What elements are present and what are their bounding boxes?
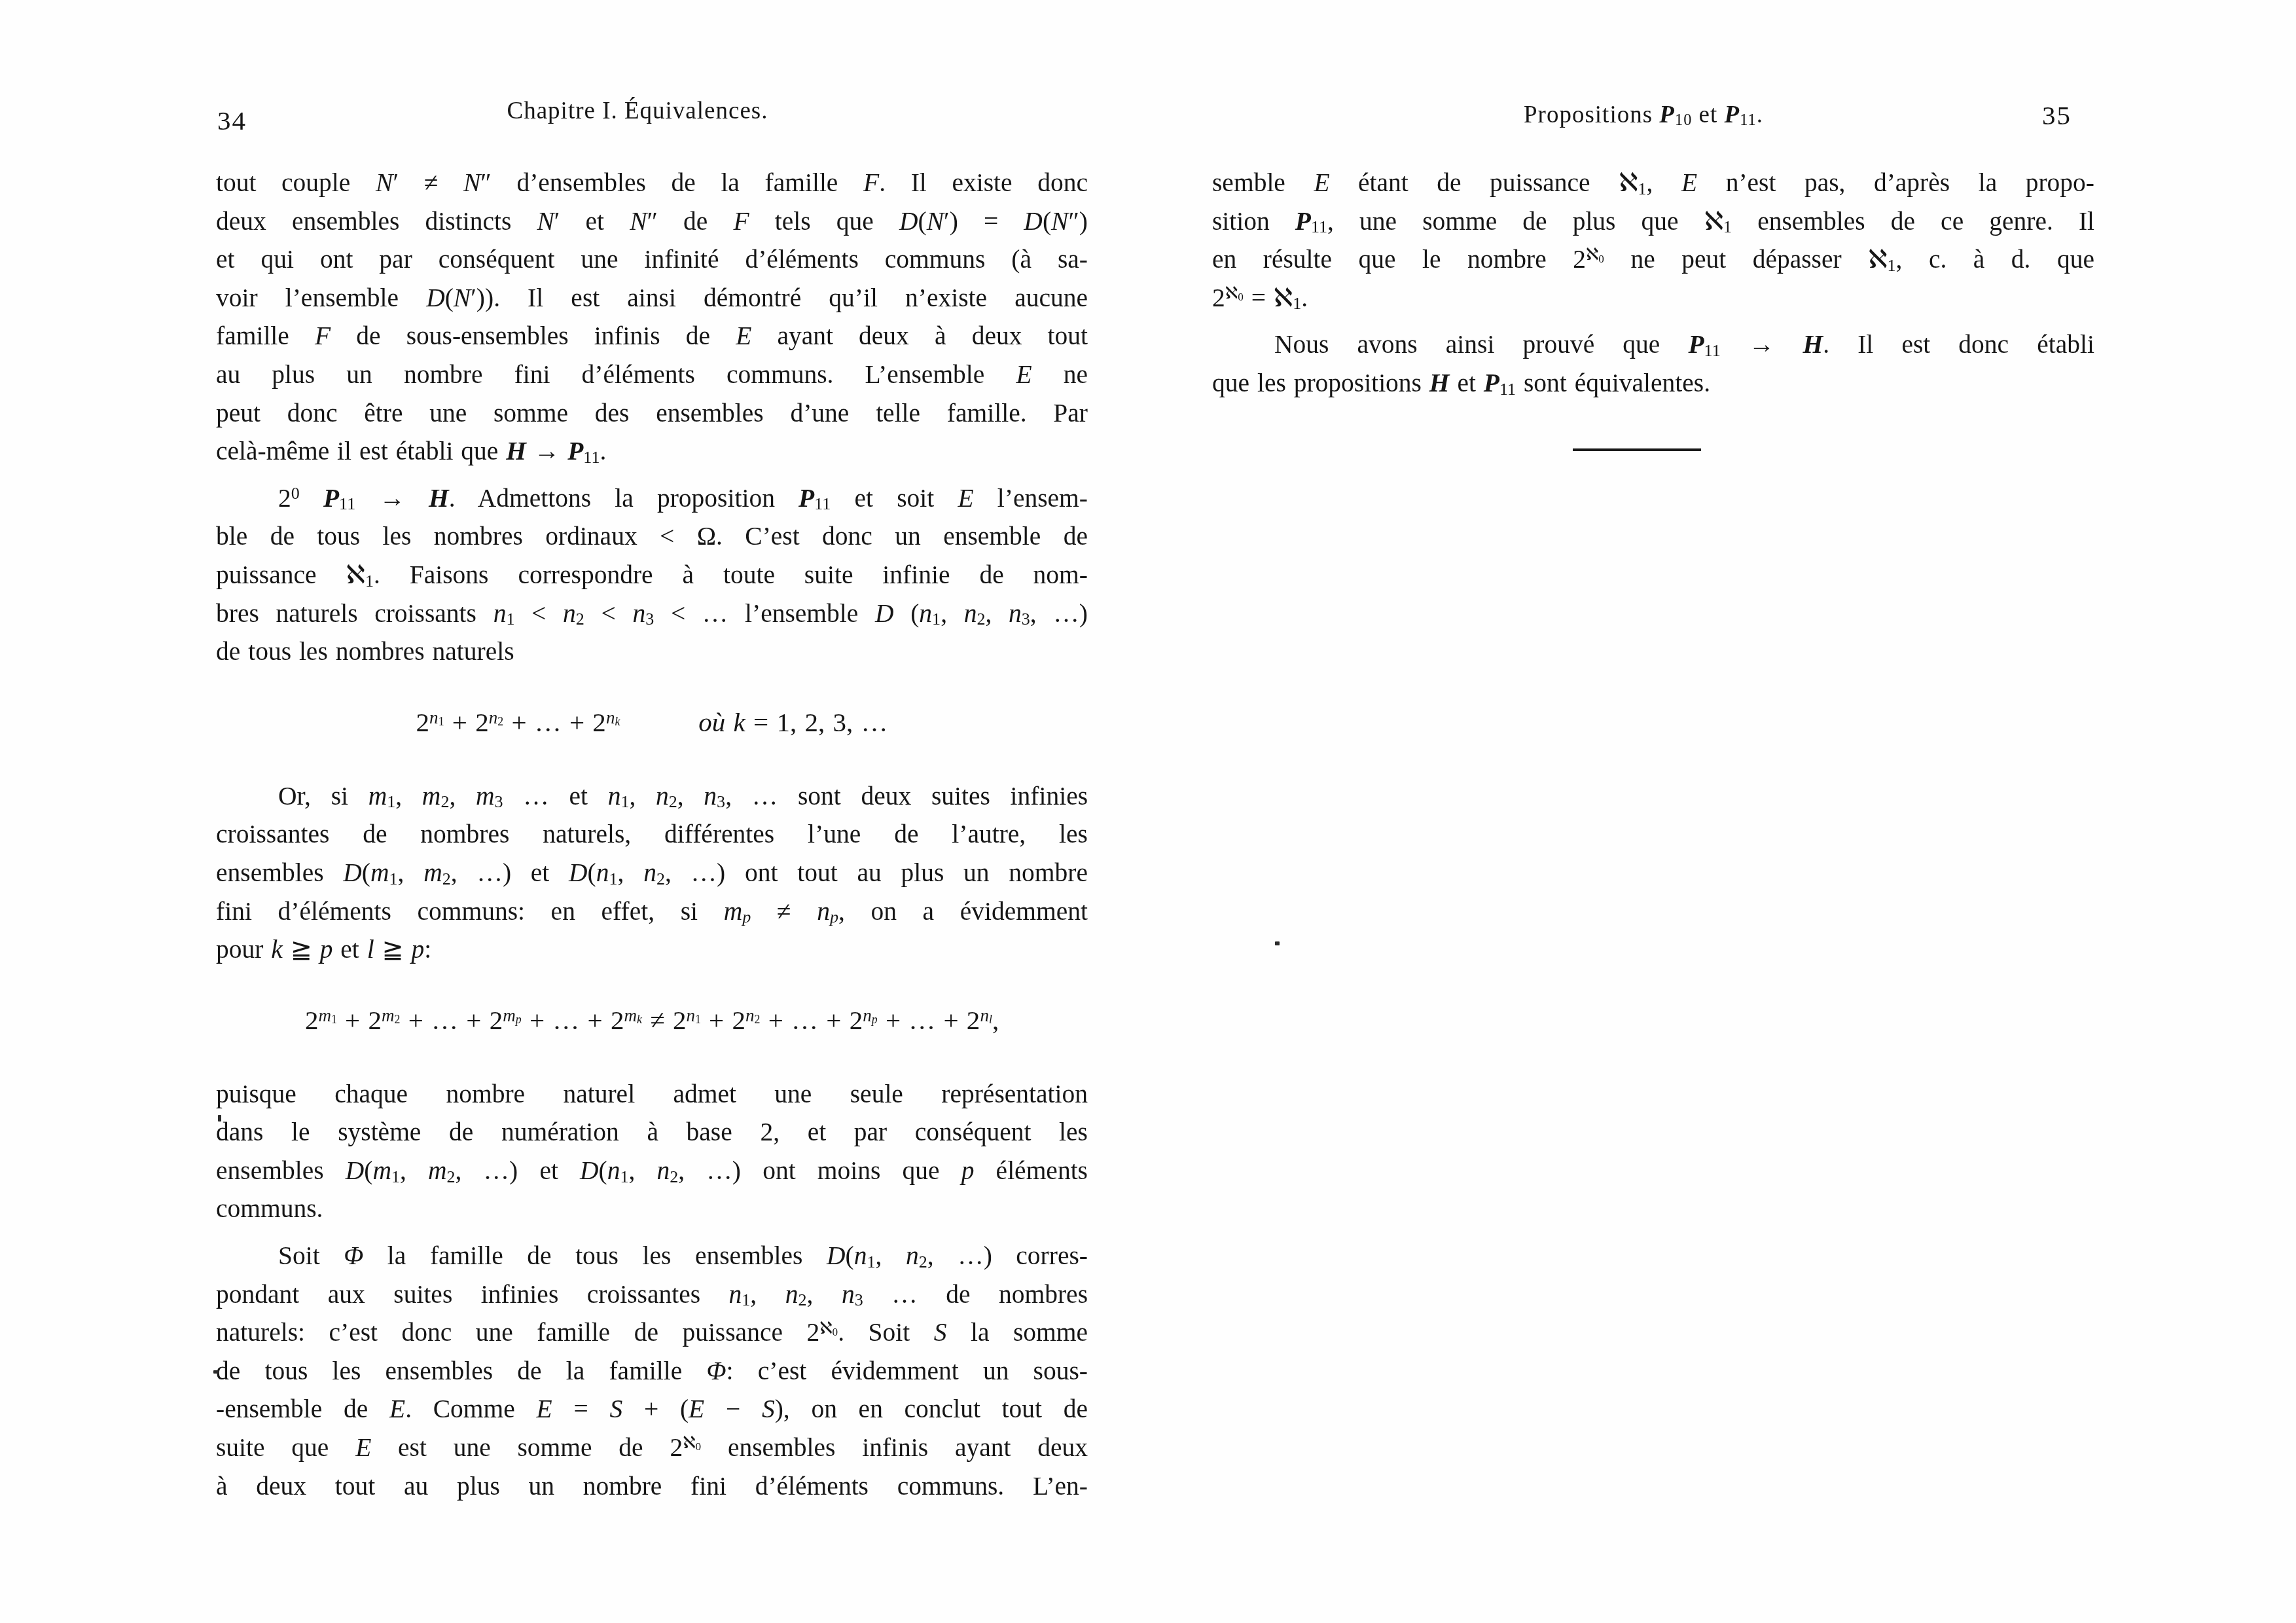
text-line: Or, si m1, m2, m3 … et n1, n2, n3, … son… <box>216 777 1088 816</box>
text-line: 2ℵ0 = ℵ1. <box>1212 279 2094 318</box>
text-line: peut donc être une somme des ensembles d… <box>216 394 1088 433</box>
text-line: au plus un nombre fini d’éléments commun… <box>216 356 1088 394</box>
text-line: ensembles D(m1, m2, …) et D(n1, n2, …) o… <box>216 1152 1088 1190</box>
right-page-body: semble E étant de puissance ℵ1, E n’est … <box>1212 164 2094 451</box>
text-line: semble E étant de puissance ℵ1, E n’est … <box>1212 164 2094 202</box>
text-line: que les propositions H et P11 sont équiv… <box>1212 364 2094 403</box>
left-page-body: tout couple N′ ≠ N″ d’ensembles de la fa… <box>216 164 1088 1505</box>
text-line: de tous les ensembles de la famille Φ: c… <box>216 1352 1088 1391</box>
right-section-title: Propositions P10 et P11. <box>1202 101 2085 129</box>
text-line: ble de tous les nombres ordinaux < Ω. C’… <box>216 517 1088 556</box>
text-line: bres naturels croissants n1 < n2 < n3 < … <box>216 594 1088 633</box>
text-line: communs. <box>216 1190 1088 1228</box>
scan-artifact-dot <box>1275 941 1280 945</box>
text-line: 20 P11 → H. Admettons la proposition P11… <box>216 479 1088 518</box>
text-line: à deux tout au plus un nombre fini d’élé… <box>216 1467 1088 1506</box>
text-line: pondant aux suites infinies croissantes … <box>216 1275 1088 1314</box>
text-line: puisque chaque nombre naturel admet une … <box>216 1075 1088 1114</box>
text-line: tout couple N′ ≠ N″ d’ensembles de la fa… <box>216 164 1088 202</box>
paragraph: Soit Φ la famille de tous les ensembles … <box>216 1237 1088 1505</box>
text-line: suite que E est une somme de 2ℵ0 ensembl… <box>216 1429 1088 1467</box>
text-line: croissantes de nombres naturels, différe… <box>216 815 1088 854</box>
text-line: celà-même il est établi que H → P11. <box>216 432 1088 471</box>
paragraph: semble E étant de puissance ℵ1, E n’est … <box>1212 164 2094 317</box>
paragraph: 20 P11 → H. Admettons la proposition P11… <box>216 479 1088 671</box>
text-line: -ensemble de E. Comme E = S + (E − S), o… <box>216 1390 1088 1429</box>
section-divider-rule <box>1573 448 1701 451</box>
text-line: famille F de sous-ensembles infinis de E… <box>216 317 1088 356</box>
left-chapter-title: Chapitre I. Équivalences. <box>202 97 1073 125</box>
text-line: ensembles D(m1, m2, …) et D(n1, n2, …) o… <box>216 854 1088 892</box>
text-line: en résulte que le nombre 2ℵ0 ne peut dép… <box>1212 240 2094 279</box>
scan-artifact-dot <box>213 1370 219 1374</box>
displayed-equation: 2m1 + 2m2 + … + 2mp + … + 2mk ≠ 2n1 + 2n… <box>216 999 1088 1041</box>
displayed-equation: 2n1 + 2n2 + … + 2nkoù k = 1, 2, 3, … <box>216 701 1088 743</box>
paragraph: puisque chaque nombre naturel admet une … <box>216 1075 1088 1228</box>
paragraph: tout couple N′ ≠ N″ d’ensembles de la fa… <box>216 164 1088 471</box>
text-line: Soit Φ la famille de tous les ensembles … <box>216 1237 1088 1275</box>
left-running-header: 34 Chapitre I. Équivalences. <box>216 96 1088 135</box>
text-line: pour k ≧ p et l ≧ p: <box>216 930 1088 969</box>
scan-artifact-dot <box>218 1115 221 1122</box>
paragraph: Nous avons ainsi prouvé que P11 → H. Il … <box>1212 325 2094 402</box>
right-running-header: Propositions P10 et P11. 35 <box>1212 96 2094 135</box>
text-line: deux ensembles distincts N′ et N″ de F t… <box>216 202 1088 241</box>
right-page-number: 35 <box>2042 100 2072 131</box>
text-line: Nous avons ainsi prouvé que P11 → H. Il … <box>1212 325 2094 364</box>
text-line: sition P11, une somme de plus que ℵ1 ens… <box>1212 202 2094 241</box>
text-line: voir l’ensemble D(N′)). Il est ainsi dém… <box>216 279 1088 318</box>
text-line: puissance ℵ1. Faisons correspondre à tou… <box>216 556 1088 594</box>
text-line: fini d’éléments communs: en effet, si mp… <box>216 892 1088 931</box>
text-line: et qui ont par conséquent une infinité d… <box>216 240 1088 279</box>
text-line: naturels: c’est donc une famille de puis… <box>216 1313 1088 1352</box>
text-line: dans le système de numération à base 2, … <box>216 1113 1088 1152</box>
text-line: de tous les nombres naturels <box>216 632 1088 671</box>
paragraph: Or, si m1, m2, m3 … et n1, n2, n3, … son… <box>216 777 1088 969</box>
scanned-book-spread: { "colors": { "paper": "#fefefe", "ink":… <box>0 0 2296 1623</box>
